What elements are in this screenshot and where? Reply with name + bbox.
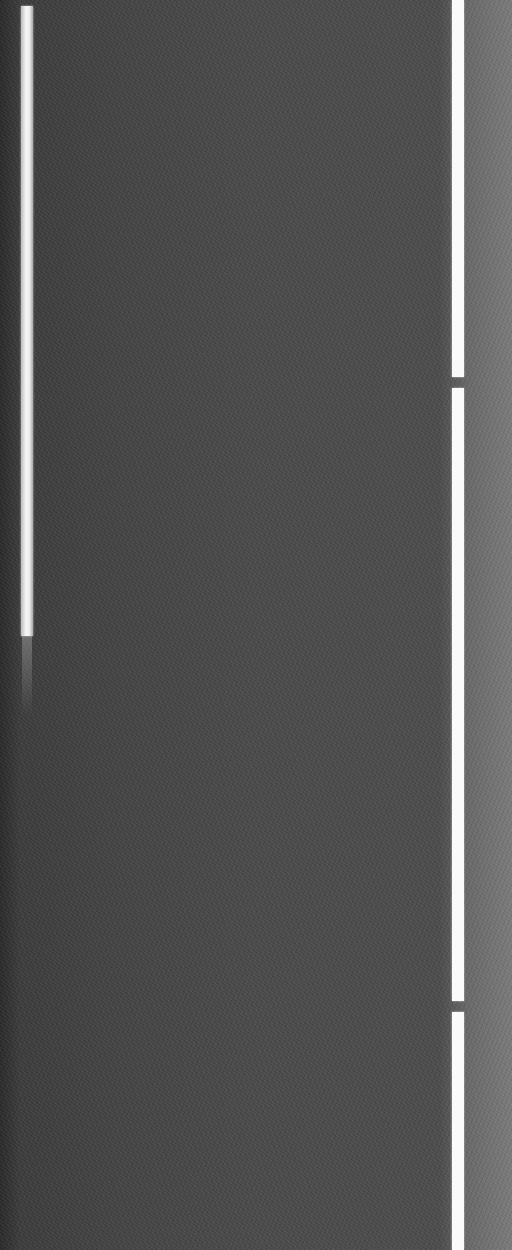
road-surface — [0, 0, 512, 1250]
lane-dash-1 — [452, 0, 464, 377]
left-edge-line — [21, 6, 33, 636]
lane-dash-2 — [452, 388, 464, 1001]
asphalt-texture — [0, 0, 512, 1250]
lane-dash-3 — [452, 1012, 464, 1250]
left-edge-line-worn — [22, 636, 32, 716]
